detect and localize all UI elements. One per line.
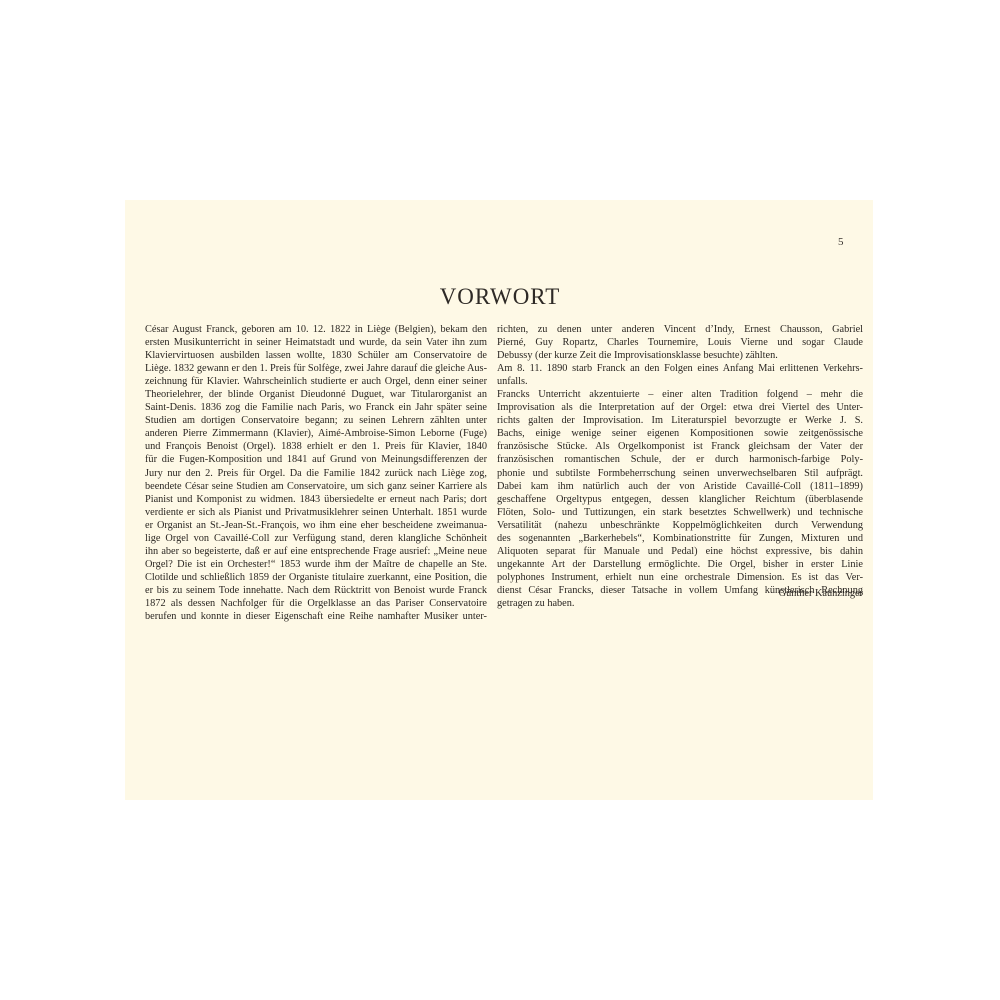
text-line: beendete César seine Studien am Conserva… — [145, 480, 487, 493]
text-line: Klaviervirtuosen ausbilden lassen wollte… — [145, 349, 487, 362]
text-line: lige Orgel von Cavaillé-Coll zur Verfügu… — [145, 532, 487, 545]
text-line: Clotilde und schließlich 1859 der Organi… — [145, 571, 487, 584]
text-line: ersten Musikunterricht in seiner Heimats… — [145, 336, 487, 349]
text-line: Theorielehrer, der blinde Organist Dieud… — [145, 388, 487, 401]
text-line: Versatilität (nahezu unbeschränkte Koppe… — [497, 519, 863, 532]
text-line: Liège. 1832 gewann er den 1. Preis für S… — [145, 362, 487, 375]
text-line: richten, zu denen unter anderen Vincent … — [497, 323, 863, 336]
text-line: ihn aber so begeisterte, daß er auf eine… — [145, 545, 487, 558]
text-line: Dabei kam ihm natürlich auch der von Ari… — [497, 480, 863, 493]
text-line: Orgel? Die ist ein Orchester!“ 1853 wurd… — [145, 558, 487, 571]
text-line: Improvisation als die Interpretation auf… — [497, 401, 863, 414]
text-line: phonie und subtilste Formbeherrschung se… — [497, 467, 863, 480]
text-line: verdiente er sich als Pianist und Privat… — [145, 506, 487, 519]
text-line: Debussy (der kurze Zeit die Improvisatio… — [497, 349, 863, 362]
text-line: Studien am dortigen Conservatoire begann… — [145, 414, 487, 427]
text-line: unfalls. — [497, 375, 863, 388]
text-line: zeichnung für Klavier. Wahrscheinlich st… — [145, 375, 487, 388]
text-line: Pierné, Guy Ropartz, Charles Tournemire,… — [497, 336, 863, 349]
text-line: 1872 als dessen Nachfolger für die Orgel… — [145, 597, 487, 610]
left-text-column: César August Franck, geboren am 10. 12. … — [145, 323, 487, 623]
text-line: Flöten, Solo- und Tuttizungen, ein stark… — [497, 506, 863, 519]
right-text-column: richten, zu denen unter anderen Vincent … — [497, 323, 863, 610]
text-line: französische Stücke. Als Orgelkomponist … — [497, 440, 863, 453]
text-line: französischen romantischen Schule, der e… — [497, 453, 863, 466]
text-line: er Organist an St.-Jean-St.-François, wo… — [145, 519, 487, 532]
page-number: 5 — [838, 236, 844, 248]
text-line: anderen Pierre Zimmermann (Klavier), Aim… — [145, 427, 487, 440]
text-line: Francks Unterricht akzentuierte – einer … — [497, 388, 863, 401]
text-line: Jury nur den 2. Preis für Orgel. Da die … — [145, 467, 487, 480]
text-line: Pianist und Komponist zu widmen. 1843 üb… — [145, 493, 487, 506]
text-line: Aliquoten separat für Manuale und Pedal)… — [497, 545, 863, 558]
text-line: richts galten der Improvisation. Im Lite… — [497, 414, 863, 427]
text-line: geschaffene Orgeltypus entgegen, dessen … — [497, 493, 863, 506]
text-line: er bis zu seinem Tode innehatte. Nach de… — [145, 584, 487, 597]
text-line: Am 8. 11. 1890 starb Franck an den Folge… — [497, 362, 863, 375]
text-line: für die Fugen-Komposition und 1841 auf G… — [145, 453, 487, 466]
text-line: Saint-Denis. 1836 zog die Familie nach P… — [145, 401, 487, 414]
author-signature: Günther Kaunzinger — [497, 588, 863, 599]
text-line: berufen und konnte in dieser Eigenschaft… — [145, 610, 487, 623]
text-line: des sogenannten „Barkerhebels“, Kombinat… — [497, 532, 863, 545]
text-line: polyphones Instrument, erhielt nun eine … — [497, 571, 863, 584]
text-line: und François Benoist (Orgel). 1838 erhie… — [145, 440, 487, 453]
page-title: VORWORT — [0, 284, 1000, 310]
text-line: ungekannte Art der Darstellung ermöglich… — [497, 558, 863, 571]
text-line: César August Franck, geboren am 10. 12. … — [145, 323, 487, 336]
text-line: Bachs, einige wenige seiner eigenen Komp… — [497, 427, 863, 440]
